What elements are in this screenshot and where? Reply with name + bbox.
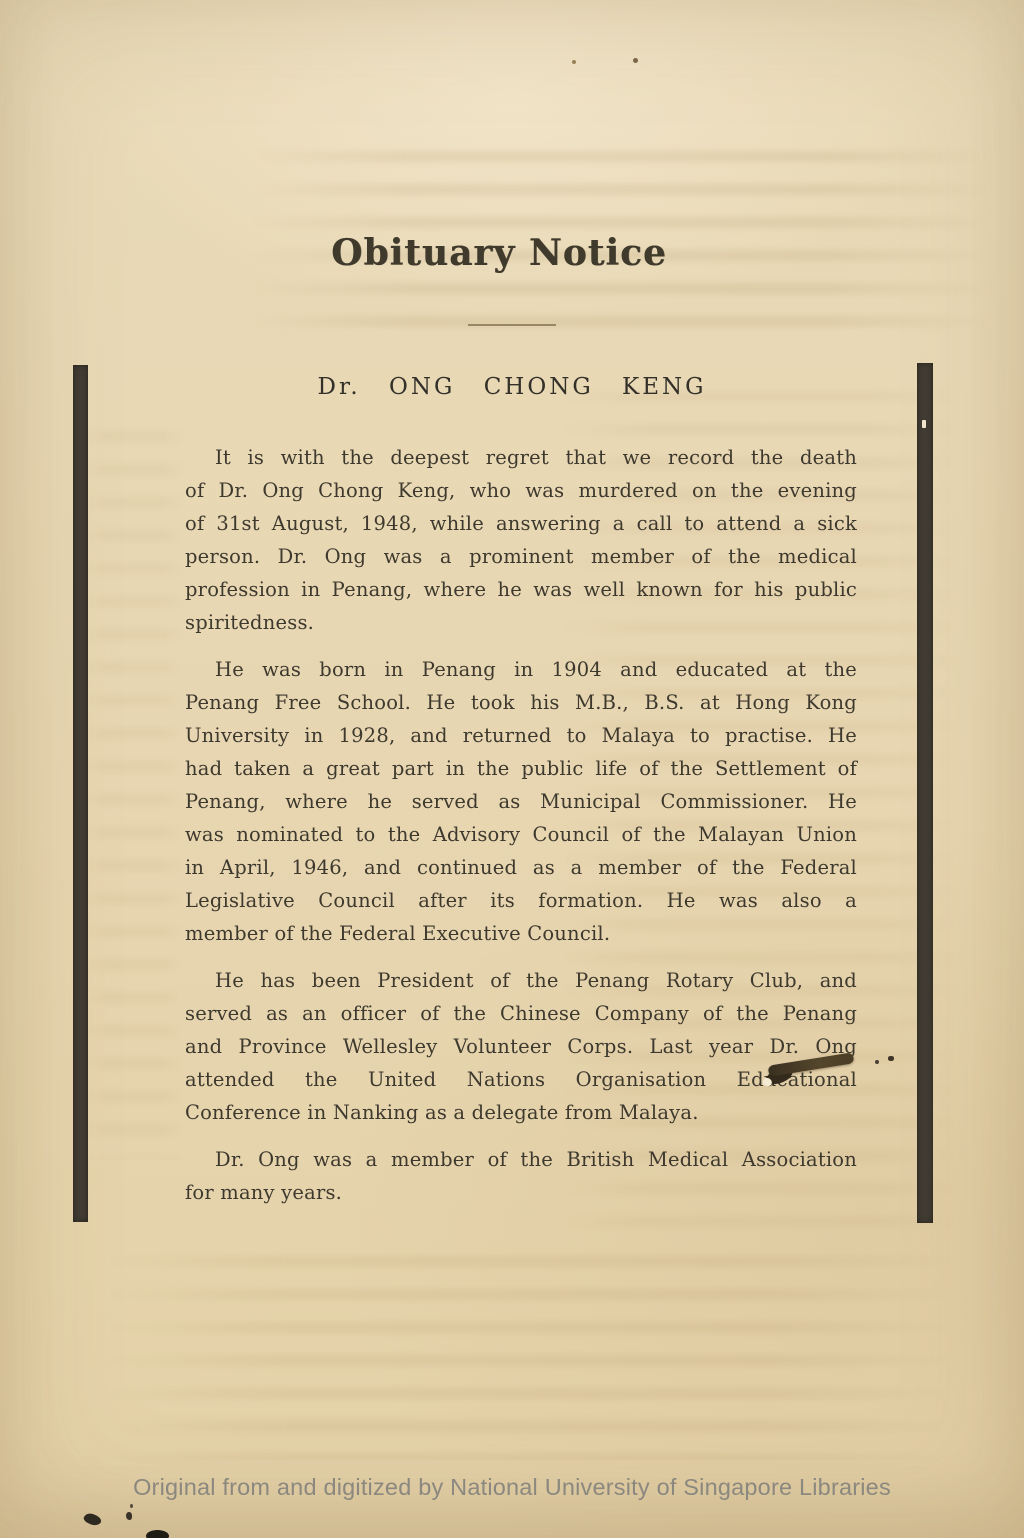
text-line: of Dr. Ong Chong Keng, who was murdered … bbox=[185, 474, 857, 507]
text-line: He has been President of the Penang Rota… bbox=[185, 964, 857, 997]
text-line: Penang, where he served as Municipal Com… bbox=[185, 785, 857, 818]
text-line: University in 1928, and returned to Mala… bbox=[185, 719, 857, 752]
ink-speck bbox=[875, 1060, 879, 1064]
right-border-bar bbox=[917, 363, 933, 1223]
page-heading: Obituary Notice bbox=[0, 232, 998, 274]
paragraph: Dr. Ong was a member of the British Medi… bbox=[185, 1143, 857, 1209]
pen-mark bbox=[126, 1512, 132, 1520]
text-line: for many years. bbox=[185, 1176, 857, 1209]
text-line: Conference in Nanking as a delegate from… bbox=[185, 1096, 857, 1129]
text-line: attended the United Nations Organisation… bbox=[185, 1063, 857, 1096]
text-line: It is with the deepest regret that we re… bbox=[185, 441, 857, 474]
text-line: in April, 1946, and continued as a membe… bbox=[185, 851, 857, 884]
bar-scratch-notch bbox=[922, 420, 926, 428]
paragraph: It is with the deepest regret that we re… bbox=[185, 441, 857, 639]
text-line: had taken a great part in the public lif… bbox=[185, 752, 857, 785]
ink-speck bbox=[572, 60, 576, 64]
pen-mark bbox=[82, 1510, 102, 1528]
scanned-document-page: Obituary Notice Dr. ONG CHONG KENG It is… bbox=[0, 0, 1024, 1538]
text-line: and Province Wellesley Volunteer Corps. … bbox=[185, 1030, 857, 1063]
text-line: was nominated to the Advisory Council of… bbox=[185, 818, 857, 851]
text-line: person. Dr. Ong was a prominent member o… bbox=[185, 540, 857, 573]
obituary-subject-title: Dr. ONG CHONG KENG bbox=[0, 374, 1024, 400]
bleedthrough-texture bbox=[100, 1245, 960, 1460]
pen-mark bbox=[146, 1530, 169, 1538]
text-line: Penang Free School. He took his M.B., B.… bbox=[185, 686, 857, 719]
text-line: Legislative Council after its formation.… bbox=[185, 884, 857, 917]
ink-speck bbox=[130, 1504, 133, 1508]
text-line: profession in Penang, where he was well … bbox=[185, 573, 857, 606]
text-line: member of the Federal Executive Council. bbox=[185, 917, 857, 950]
text-line: Dr. Ong was a member of the British Medi… bbox=[185, 1143, 857, 1176]
body-paragraphs: It is with the deepest regret that we re… bbox=[185, 441, 857, 1209]
digitization-watermark: Original from and digitized by National … bbox=[0, 1474, 1024, 1501]
left-border-bar bbox=[73, 365, 88, 1222]
text-line: served as an officer of the Chinese Comp… bbox=[185, 997, 857, 1030]
heading-divider-rule bbox=[468, 324, 556, 326]
ink-speck bbox=[888, 1056, 894, 1061]
paragraph: He was born in Penang in 1904 and educat… bbox=[185, 653, 857, 950]
text-line: spiritedness. bbox=[185, 606, 857, 639]
text-line: of 31st August, 1948, while answering a … bbox=[185, 507, 857, 540]
paragraph: He has been President of the Penang Rota… bbox=[185, 964, 857, 1129]
bleedthrough-texture bbox=[84, 420, 184, 1160]
text-line: He was born in Penang in 1904 and educat… bbox=[185, 653, 857, 686]
ink-speck bbox=[633, 58, 638, 63]
